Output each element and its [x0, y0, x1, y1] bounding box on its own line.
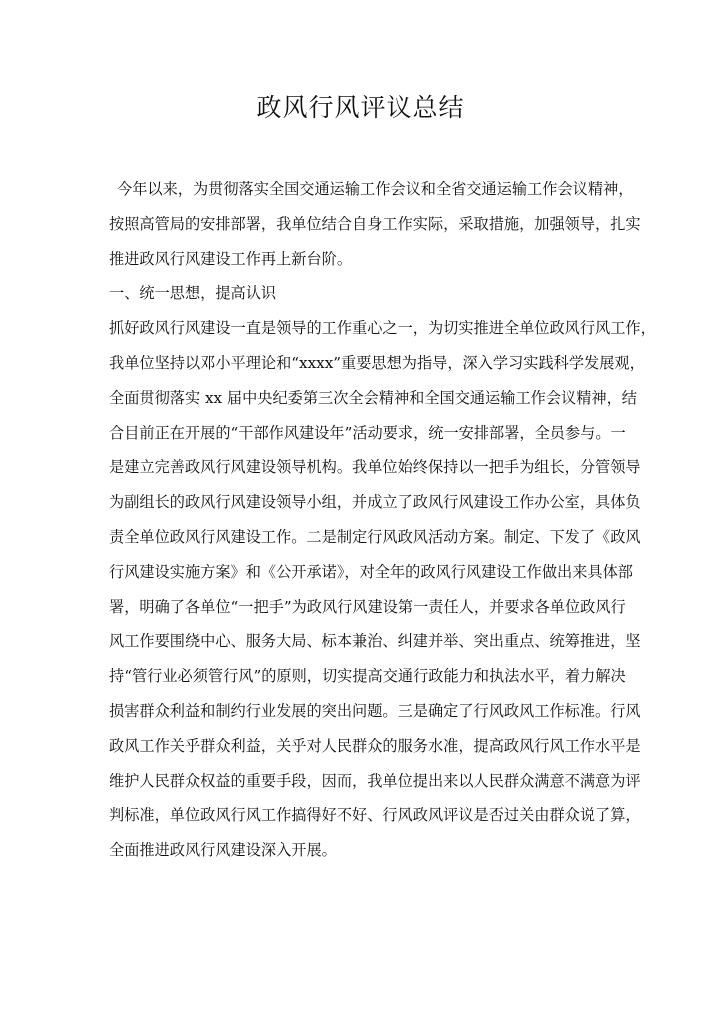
text-line: 我单位坚持以邓小平理论和“xxxx”重要思想为指导，深入学习实践科学发展观，: [109, 346, 621, 381]
section-heading: 一、统一思想，提高认识: [109, 276, 621, 311]
text-line: 抓好政风行风建设一直是领导的工作重心之一，为切实推进全单位政风行风工作，: [109, 311, 621, 346]
document-body: 今年以来，为贯彻落实全国交通运输工作会议和全省交通运输工作会议精神， 按照高管局…: [109, 172, 621, 868]
text-line: 行风建设实施方案》和《公开承诺》，对全年的政风行风建设工作做出来具体部: [109, 555, 621, 590]
text-line: 今年以来，为贯彻落实全国交通运输工作会议和全省交通运输工作会议精神，: [109, 172, 621, 207]
text-line: 是建立完善政风行风建设领导机构。我单位始终保持以一把手为组长，分管领导: [109, 450, 621, 485]
text-line: 风工作要围绕中心、服务大局、标本兼治、纠建并举、突出重点、统筹推进，坚: [109, 624, 621, 659]
document-title: 政风行风评议总结: [0, 88, 721, 124]
text-line: 按照高管局的安排部署，我单位结合自身工作实际，采取措施，加强领导，扎实: [109, 207, 621, 242]
text-line: 持“管行业必须管行风”的原则，切实提高交通行政能力和执法水平，着力解决: [109, 659, 621, 694]
text-line: 推进政风行风建设工作再上新台阶。: [109, 242, 621, 277]
text-line: 政风工作关乎群众利益，关乎对人民群众的服务水准，提高政风行风工作水平是: [109, 729, 621, 764]
text-line: 判标准，单位政风行风工作搞得好不好、行风政风评议是否过关由群众说了算，: [109, 798, 621, 833]
text-line: 为副组长的政风行风建设领导小组，并成立了政风行风建设工作办公室，具体负: [109, 485, 621, 520]
text-line: 全面贯彻落实 xx 届中央纪委第三次全会精神和全国交通运输工作会议精神，结: [109, 381, 621, 416]
document-page: 政风行风评议总结 今年以来，为贯彻落实全国交通运输工作会议和全省交通运输工作会议…: [0, 0, 721, 1020]
text-line: 署，明确了各单位“一把手”为政风行风建设第一责任人，并要求各单位政风行: [109, 590, 621, 625]
text-line: 责全单位政风行风建设工作。二是制定行风政风活动方案。制定、下发了《政风: [109, 520, 621, 555]
text-line: 全面推进政风行风建设深入开展。: [109, 833, 621, 868]
text-line: 损害群众利益和制约行业发展的突出问题。三是确定了行风政风工作标准。行风: [109, 694, 621, 729]
text-line: 合目前正在开展的“干部作风建设年”活动要求，统一安排部署，全员参与。一: [109, 416, 621, 451]
text-line: 维护人民群众权益的重要手段，因而，我单位提出来以人民群众满意不满意为评: [109, 764, 621, 799]
